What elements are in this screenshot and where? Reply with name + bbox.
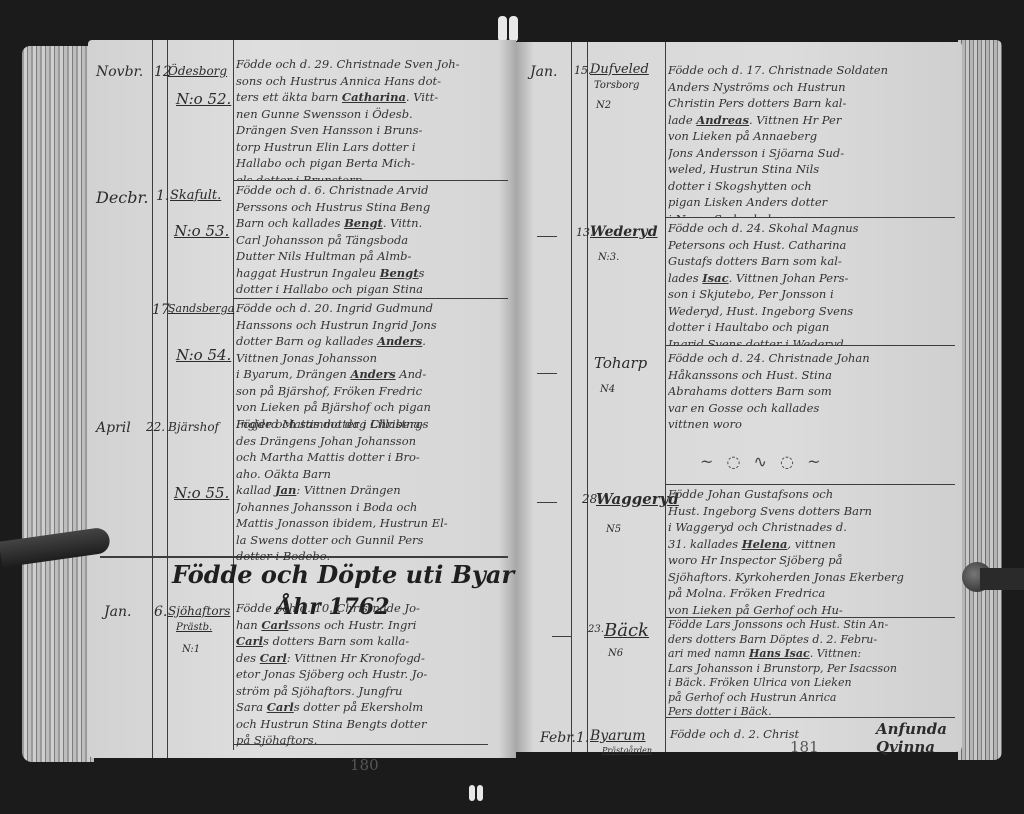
entry-text-line: Födde och d. 24. Skohal Magnus (668, 220, 954, 237)
entry-text-line: Lars Johansson i Brunstorp, Per Isacsson (668, 662, 954, 677)
margin-dash (537, 236, 557, 237)
column-rule (571, 42, 572, 752)
entry-text-line: 31. kallades Helena, vittnen (668, 536, 954, 553)
entry-text-line: etor Jonas Sjöberg och Hustr. Jo- (236, 666, 508, 683)
entry-text-line: Petersons och Hust. Catharina (668, 237, 954, 254)
column-rule (152, 40, 153, 758)
entry-place: Bäck (604, 620, 649, 641)
entry-text-line: Mattis Jonasson ibidem, Hustrun El- (236, 515, 508, 532)
entry-number: N:1 (182, 644, 200, 655)
entry-text-line: von Lieken på Gerhof och Hu- (668, 602, 954, 619)
child-name: Isac (702, 271, 728, 285)
bookmark-tab (498, 16, 507, 42)
entry-day: 23. (588, 624, 604, 635)
entry-month: Jan. (104, 604, 131, 620)
entry-text-line: dotter Barn og kallades Anders. (236, 333, 508, 350)
entry-text-line: Carls dotters Barn som kalla- (236, 633, 508, 650)
entry-text-line: på Sjöhaftors. (236, 732, 508, 749)
entry-text-line: Födde och d. 29. Christnade Sven Joh- (236, 56, 508, 73)
entry-number: N:o 52. (176, 90, 231, 108)
child-name: Anders (377, 334, 422, 348)
entry-number: N:3. (598, 252, 619, 263)
entry-text-line: Födde och d. 10. Christnade Jo- (236, 600, 508, 617)
entry-text-line: ari med namn Hans Isac. Vittnen: (668, 647, 954, 662)
child-name: Andreas (696, 113, 749, 127)
child-name: Bengt (344, 216, 383, 230)
entry-rule (665, 345, 955, 346)
entry-text-line: lades Isac. Vittnen Johan Pers- (668, 270, 954, 287)
column-rule (587, 42, 588, 752)
decorative-flourish: ~ ◌ ∿ ◌ ~ (700, 452, 824, 471)
entry-text-line: haggat Hustrun Ingaleu Bengts (236, 265, 508, 282)
entry-day: 1. (156, 188, 169, 204)
entry-place-sub: Torsborg (594, 80, 639, 91)
entry-number: N5 (606, 524, 621, 535)
entry-place: Sjöhaftors (168, 604, 230, 618)
entry-text-line: ders dotters Barn Döptes d. 2. Febru- (668, 633, 954, 648)
entry-text-line: la Swens dotter och Gunnil Pers (236, 532, 508, 549)
entry-text-line: Carl Johansson på Tängsboda (236, 232, 508, 249)
entry-day: 6. (154, 604, 167, 620)
entry-place-sub: Prästb. (176, 622, 212, 633)
entry-text-line: els dotter i Brunstorp. (236, 172, 508, 181)
entry-place: Byarum (590, 728, 646, 744)
entry-text-line: var en Gosse och kallades (668, 400, 954, 417)
child-name: Hans Isac (749, 647, 810, 660)
entry-text-line: på Molna. Fröken Fredrica (668, 585, 954, 602)
book-strap-right (980, 568, 1024, 590)
entry-number: N2 (596, 100, 611, 111)
entry-text-line: Sara Carls dotter på Ekersholm (236, 699, 508, 716)
entry-text: Födde och d. 24. Skohal MagnusPetersons … (668, 220, 954, 345)
margin-dash (552, 636, 572, 637)
entry-day: 22. (146, 420, 165, 434)
entry-text-line: i Norra Sudweled. (668, 211, 954, 218)
entry-text: Födde och d. 29. Christnade Sven Joh-son… (236, 56, 508, 180)
entry-text-line: i Byarum, Drängen Anders And- (236, 366, 508, 383)
entry-text-line: Födde och d. 6. Christnade Arvid (236, 182, 508, 199)
entry-text-line: Johannes Johansson i Boda och (236, 499, 508, 516)
entry-text-line: des Drängens Johan Johansson (236, 433, 508, 450)
entry-text-line: son på Bjärshof, Fröken Fredric (236, 383, 508, 400)
entry-text-line: von Lieken på Bjärshof och pigan (236, 399, 508, 416)
entry-text-line: Jons Andersson i Sjöarna Sud- (668, 145, 954, 162)
child-name: Carl (260, 651, 287, 665)
entry-number: N:o 54. (176, 346, 231, 364)
entry-place: Ödesborg (168, 64, 227, 78)
entry-text-line: Pers dotter i Bäck. (668, 705, 954, 718)
entry-text-line: han Carlssons och Hustr. Ingri (236, 617, 508, 634)
entry-number: N6 (608, 648, 623, 659)
entry-day: 15. (574, 64, 592, 77)
entry-month: Febr. (540, 730, 576, 746)
child-name: Carl (261, 618, 288, 632)
entry-text-line: i Waggeryd och Christnades d. (668, 519, 954, 536)
child-name: Jan (275, 483, 296, 497)
bookmark-tab (477, 785, 483, 801)
entry-text-line: lade Andreas. Vittnen Hr Per (668, 112, 954, 129)
entry-text-line: Födde och samma dag Christna- (236, 416, 508, 433)
entry-text-line: dotter i Haultabo och pigan (668, 319, 954, 336)
entry-text: Födde Johan Gustafsons ochHust. Ingeborg… (668, 486, 954, 618)
entry-text-line: weled, Hustrun Stina Nils (668, 161, 954, 178)
entry-text-line: Christin Pers dotters Barn kal- (668, 95, 954, 112)
margin-dash (537, 373, 557, 374)
entry-text-line: son i Skjutebo, Per Jonsson i (668, 286, 954, 303)
entry-text: Födde och d. 6. Christnade ArvidPerssons… (236, 182, 508, 298)
bookmark-tab (469, 785, 475, 801)
column-rule (233, 40, 234, 750)
entry-day: 1. (576, 730, 589, 746)
entry-rule (665, 484, 955, 485)
entry-text-line: vittnen woro (668, 416, 954, 433)
entry-text-line: Hallabo och pigan Berta Mich- (236, 155, 508, 172)
entry-place: Skafult. (170, 188, 221, 203)
entry-place: Bjärshof (168, 420, 219, 434)
child-name: Carl (267, 700, 294, 714)
child-name: Carl (236, 634, 263, 648)
entry-text-line: och Martha Mattis dotter i Bro- (236, 449, 508, 466)
bookmark-tab (509, 16, 518, 42)
entry-text-line: Drängen Sven Hansson i Bruns- (236, 122, 508, 139)
book-page-edges-right (958, 40, 1002, 760)
entry-text-line: Födde och d. 24. Christnade Johan (668, 350, 954, 367)
entry-month: Decbr. (96, 188, 148, 207)
entry-text-line: Hust. Ingeborg Svens dotters Barn (668, 503, 954, 520)
page-number-left: 180 (350, 756, 379, 774)
entry-text-line: Sjöhaftors. Kyrkoherden Jonas Ekerberg (668, 569, 954, 586)
entry-text: Födde Lars Jonssons och Hust. Stin An-de… (668, 618, 954, 718)
page-number-right: 181 (790, 738, 819, 756)
entry-number: N4 (600, 384, 615, 395)
entry-place-sub: Prästgården (602, 746, 652, 755)
column-rule (167, 40, 168, 758)
entry-text-line: Dutter Nils Hultman på Almb- (236, 248, 508, 265)
entry-month: Novbr. (96, 64, 143, 80)
child-name: Helena (742, 537, 788, 551)
child-name: Bengt (380, 266, 419, 280)
entry-text-line: Födde Lars Jonssons och Hust. Stin An- (668, 618, 954, 633)
entry-text-line: Håkanssons och Hust. Stina (668, 367, 954, 384)
entry-number: N:o 55. (174, 484, 229, 502)
entry-rule (233, 180, 508, 181)
entry-text-line: aho. Oäkta Barn (236, 466, 508, 483)
child-name: Catharina (342, 90, 406, 104)
entry-text-line: och Hustrun Stina Bengts dotter (236, 716, 508, 733)
entry-text-line: pigan Lisken Anders dotter (668, 194, 954, 211)
entry-text: Födde och d. 2. Christ (670, 726, 870, 746)
entry-text: Födde och samma dag Christna-des Drängen… (236, 416, 508, 566)
entry-text-line: kallad Jan: Vittnen Drängen (236, 482, 508, 499)
entry-text-line: des Carl: Vittnen Hr Kronofogd- (236, 650, 508, 667)
entry-text-line: Födde och d. 2. Christ (670, 726, 870, 743)
entry-place: Wederyd (590, 224, 657, 240)
entry-text-line: Perssons och Hustrus Stina Beng (236, 199, 508, 216)
entry-place: Dufveled (590, 62, 649, 77)
entry-text: Födde och d. 10. Christnade Jo-han Carls… (236, 600, 508, 750)
entry-text-line: woro Hr Inspector Sjöberg på (668, 552, 954, 569)
entry-month: Jan. (530, 64, 557, 80)
entry-text-line: Bergs dotter i Bruuns. (236, 298, 508, 299)
entry-text-line: Ingrid Svens dotter i Wederyd. (668, 336, 954, 346)
entry-rule (233, 298, 508, 299)
entry-text-line: Wederyd, Hust. Ingeborg Svens (668, 303, 954, 320)
entry-text-line: Födde och d. 20. Ingrid Gudmund (236, 300, 508, 317)
section-heading-line1: Födde och Döpte uti Byarum (172, 560, 557, 589)
entry-text-line: sons och Hustrus Annica Hans dot- (236, 73, 508, 90)
entry-text-line: dotter i Hallabo och pigan Stina (236, 281, 508, 298)
entry-text-line: Abrahams dotters Barn som (668, 383, 954, 400)
entry-text-line: von Lieken på Annaeberg (668, 128, 954, 145)
margin-dash (537, 502, 557, 503)
column-rule (665, 42, 666, 752)
book-page-edges-left (22, 46, 94, 762)
entry-month: April (96, 420, 131, 436)
entry-text: Födde och d. 24. Christnade JohanHåkanss… (668, 350, 954, 436)
entry-text-line: Barn och kallades Bengt. Vittn. (236, 215, 508, 232)
entry-text-line: nen Gunne Swensson i Ödesb. (236, 106, 508, 123)
entry-text-line: på Gerhof och Hustrun Anrica (668, 691, 954, 706)
entry-text-line: Födde och d. 17. Christnade Soldaten (668, 62, 954, 79)
entry-text-line: torp Hustrun Elin Lars dotter i (236, 139, 508, 156)
entry-text-line: Födde Johan Gustafsons och (668, 486, 954, 503)
child-name: Anders (350, 367, 395, 381)
margin-note: Anfunda Qvinna (876, 720, 956, 756)
entry-place: Toharp (594, 354, 647, 372)
entry-text-line: Gustafs dotters Barn som kal- (668, 253, 954, 270)
entry-text-line: dotter i Skogshytten och (668, 178, 954, 195)
entry-text-line: Vittnen Jonas Johansson (236, 350, 508, 367)
entry-rule (665, 217, 955, 218)
entry-text-line: Anders Nyströms och Hustrun (668, 79, 954, 96)
entry-text: Födde och d. 17. Christnade SoldatenAnde… (668, 62, 954, 217)
entry-text-line: Hanssons och Hustrun Ingrid Jons (236, 317, 508, 334)
entry-place: Waggeryd (596, 490, 679, 508)
entry-text-line: i Bäck. Fröken Ulrica von Lieken (668, 676, 954, 691)
entry-text-line: ters ett äkta barn Catharina. Vitt- (236, 89, 508, 106)
entry-text: Födde och d. 20. Ingrid GudmundHanssons … (236, 300, 508, 432)
entry-number: N:o 53. (174, 222, 229, 240)
entry-place: Sandsberga (168, 302, 234, 315)
entry-text-line: ström på Sjöhaftors. Jungfru (236, 683, 508, 700)
